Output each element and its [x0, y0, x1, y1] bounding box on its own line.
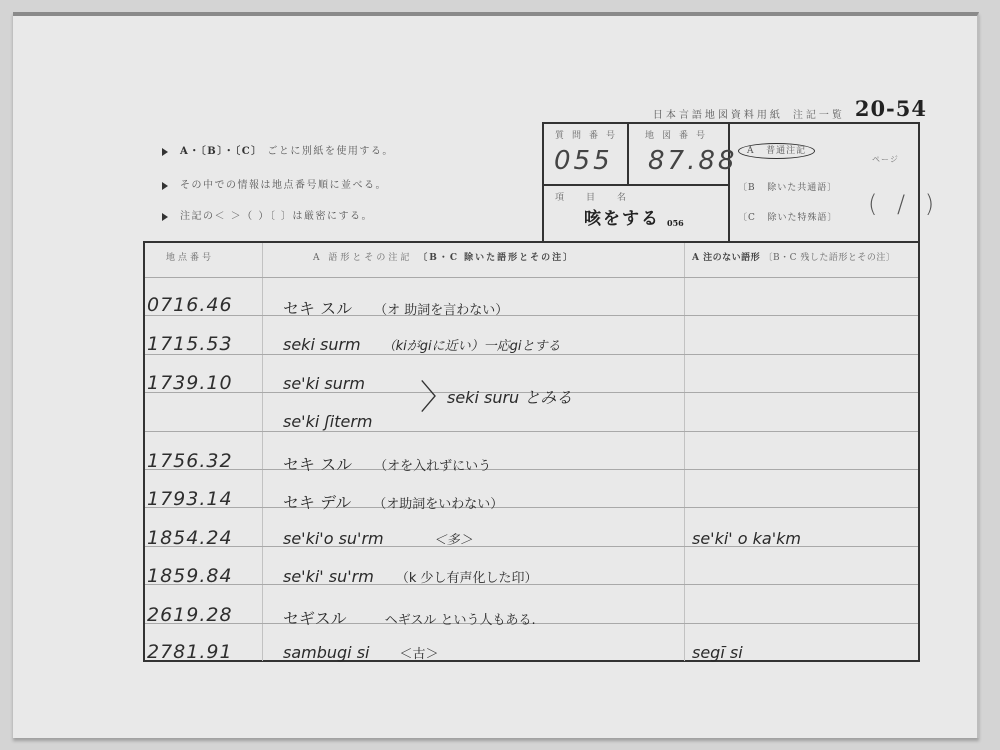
form-b-entry: se'ki' o ka'km [692, 529, 801, 548]
row-rule [145, 546, 918, 547]
form-title: 日本言語地図資料用紙 [653, 106, 783, 121]
point-number: 1854.24 [147, 527, 233, 549]
point-number: 2619.28 [147, 604, 233, 626]
row-rule [145, 277, 918, 278]
form-entry: seki surm（kiがgiに近い）一応giとする [283, 335, 561, 354]
instruction-1: A・〔B〕・〔C〕 ごとに別紙を使用する。 [162, 142, 394, 157]
entries-table [143, 241, 920, 662]
row-rule [145, 354, 918, 355]
item-name: 咳をする [584, 204, 660, 229]
form-subtitle: 注記一覧 [793, 106, 845, 121]
form-header: 日本言語地図資料用紙 注記一覧 20-54 [607, 95, 927, 121]
page-value: ( / ) [868, 190, 940, 218]
header-form-b: A 注のない語形 〔B・C 残した語形とその注〕 [692, 250, 895, 263]
row-rule [145, 431, 918, 432]
point-number: 0716.46 [147, 294, 233, 316]
instruction-lead: A・〔B〕・〔C〕 [180, 146, 263, 157]
column-divider [684, 243, 685, 661]
bullet-triangle-icon [162, 148, 168, 156]
question-no-label: 質問番号 [555, 128, 623, 141]
instruction-text: その中での情報は地点番号順に並べる。 [180, 180, 387, 191]
divider [542, 184, 729, 186]
header-form-a: A 語形とその注記 〔B・C 除いた語形とその注〕 [313, 250, 574, 263]
form-entry: se'ki surm [283, 374, 365, 393]
category-c: 〔C 除いた特殊語〕 [738, 210, 838, 223]
form-entry: se'ki' su'rm（k 少し有声化した印） [283, 567, 537, 586]
map-no-label: 地図番号 [645, 128, 713, 141]
point-number: 1859.84 [147, 565, 233, 587]
item-code: 056 [667, 218, 684, 228]
form-entry: セギスルヘギスル という人もある. [283, 606, 536, 629]
category-a: A 普通注記 [738, 143, 815, 156]
row-rule [145, 315, 918, 316]
page-label: ページ [872, 154, 899, 165]
form-entry: セキ デル（オ助詞をいわない） [283, 490, 503, 513]
form-b-entry: segī si [692, 643, 743, 662]
bullet-triangle-icon [162, 213, 168, 221]
question-no-value: 055 [554, 146, 613, 176]
form-entry: セキ スル（オ 助詞を言わない） [283, 296, 508, 319]
column-divider [262, 243, 263, 661]
category-a-circled: A 普通注記 [738, 143, 815, 159]
sheet-number: 20-54 [855, 96, 927, 121]
form-entry: セキ スル（オを入れずにいう [283, 452, 491, 475]
instruction-3: 注記の＜ ＞（ ）〔 〕は厳密にする。 [162, 207, 373, 222]
bullet-triangle-icon [162, 182, 168, 190]
divider [627, 122, 629, 185]
point-number: 1715.53 [147, 333, 233, 355]
category-b: 〔B 除いた共通語〕 [738, 180, 837, 193]
point-number: 2781.91 [147, 641, 233, 663]
point-number: 1756.32 [147, 450, 233, 472]
instruction-text: ごとに別紙を使用する。 [267, 146, 394, 157]
row-rule [145, 507, 918, 508]
brace-note: seki suru とみる [447, 385, 572, 408]
form-entry: se'ki ʃiterm [283, 412, 372, 431]
form-entry: se'ki'o su'rm＜多＞ [283, 529, 473, 548]
form-entry: sambugi si＜古＞ [283, 643, 439, 662]
instruction-2: その中での情報は地点番号順に並べる。 [162, 176, 387, 191]
row-rule [145, 469, 918, 470]
point-number: 1739.10 [147, 372, 233, 394]
instruction-text: 注記の＜ ＞（ ）〔 〕は厳密にする。 [180, 211, 373, 222]
divider [728, 122, 730, 242]
item-name-label: 項目名 [555, 190, 648, 203]
map-no-value: 87.88 [648, 146, 737, 176]
header-point-no: 地点番号 [166, 250, 214, 263]
point-number: 1793.14 [147, 488, 233, 510]
